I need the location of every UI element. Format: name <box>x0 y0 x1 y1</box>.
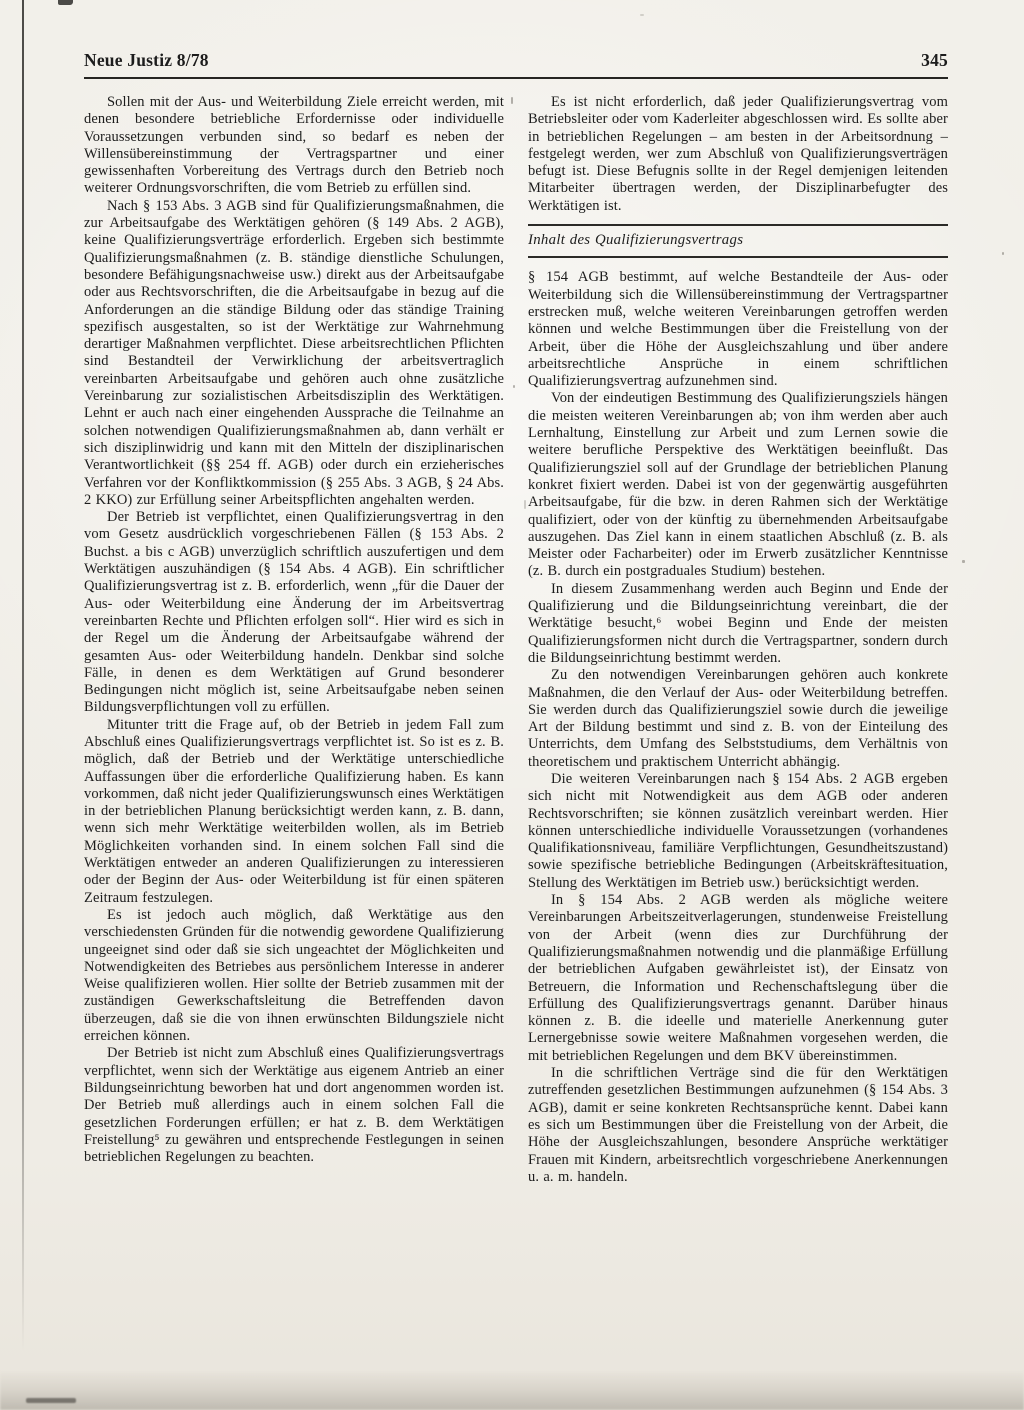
section-heading-block: Inhalt des Qualifizierungsvertrags <box>528 224 948 258</box>
paragraph: Es ist jedoch auch möglich, daß Werktäti… <box>84 907 504 1045</box>
paragraph: In die schriftlichen Verträge sind die f… <box>528 1065 948 1186</box>
left-column: Sollen mit der Aus- und Weiterbildung Zi… <box>84 94 504 1186</box>
section-heading: Inhalt des Qualifizierungsvertrags <box>528 232 948 249</box>
paragraph: Der Betrieb ist nicht zum Abschluß eines… <box>84 1045 504 1166</box>
paragraph: Nach § 153 Abs. 3 AGB sind für Qualifizi… <box>84 198 504 509</box>
page-header: Neue Justiz 8/78 345 <box>84 50 948 71</box>
journal-page: Neue Justiz 8/78 345 Sollen mit der Aus-… <box>0 0 1024 1410</box>
journal-title: Neue Justiz 8/78 <box>84 50 209 71</box>
paragraph: In § 154 Abs. 2 AGB werden als mögliche … <box>528 892 948 1065</box>
text-columns: Sollen mit der Aus- und Weiterbildung Zi… <box>84 94 948 1186</box>
paragraph: Zu den notwendigen Vereinbarungen gehöre… <box>528 667 948 771</box>
paragraph: Die weiteren Vereinbarungen nach § 154 A… <box>528 771 948 892</box>
paragraph: Von der eindeutigen Bestimmung des Quali… <box>528 390 948 580</box>
paragraph: Sollen mit der Aus- und Weiterbildung Zi… <box>84 94 504 198</box>
page-number: 345 <box>921 50 948 71</box>
paragraph: § 154 AGB bestimmt, auf welche Bestandte… <box>528 269 948 390</box>
paragraph: Mitunter tritt die Frage auf, ob der Bet… <box>84 717 504 907</box>
paragraph: Der Betrieb ist verpflichtet, einen Qual… <box>84 509 504 717</box>
right-column: Es ist nicht erforderlich, daß jeder Qua… <box>528 94 948 1186</box>
paragraph: Es ist nicht erforderlich, daß jeder Qua… <box>528 94 948 215</box>
header-rule <box>84 77 948 79</box>
paragraph: In diesem Zusammenhang werden auch Begin… <box>528 581 948 667</box>
